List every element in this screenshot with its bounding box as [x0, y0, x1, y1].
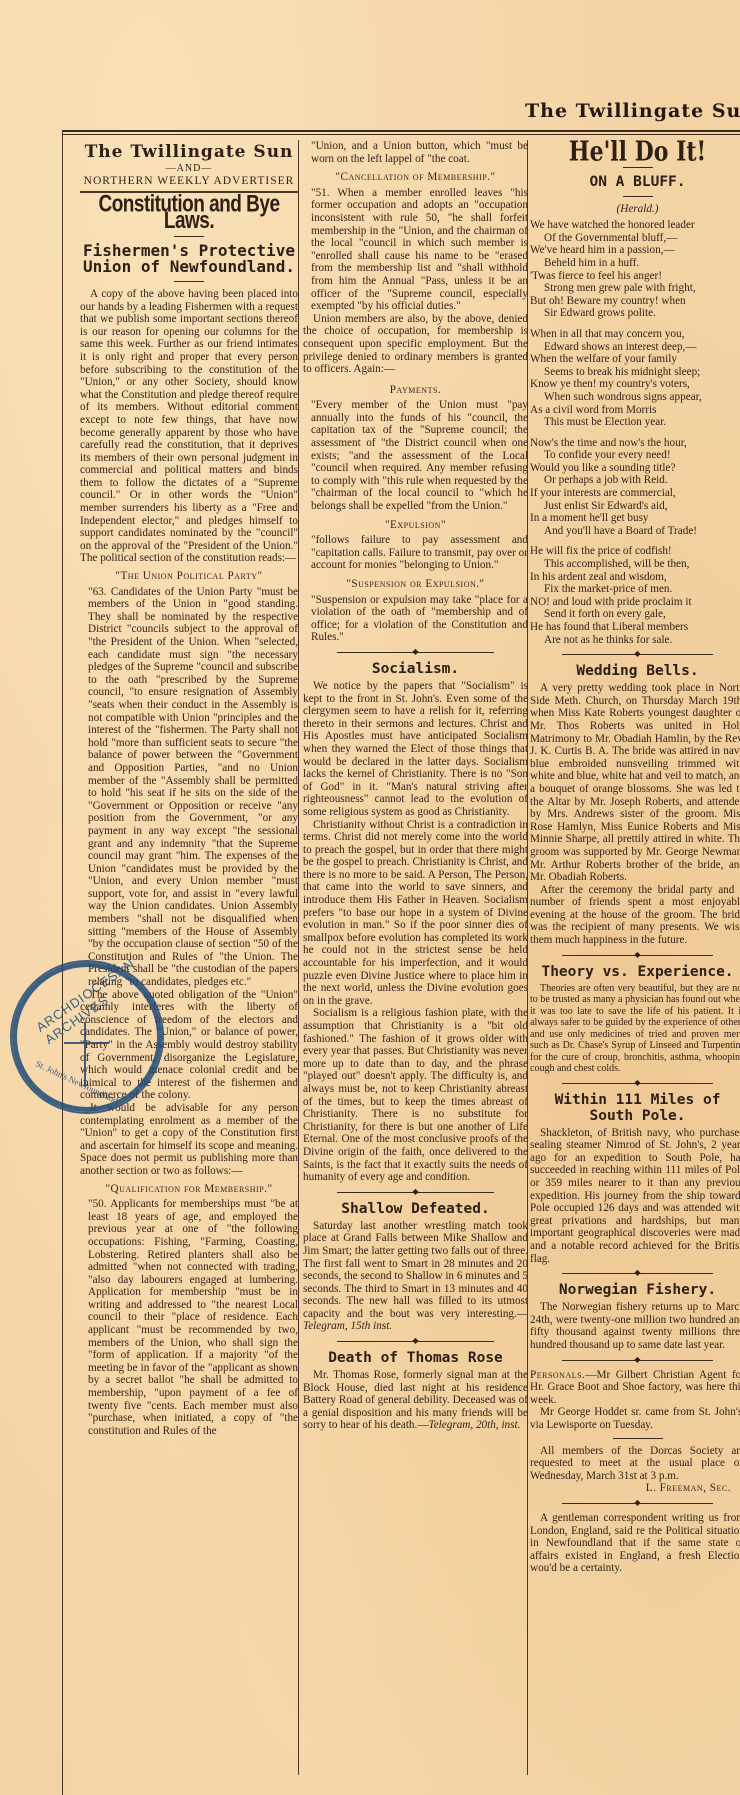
personals-label: Personals. — [530, 1369, 585, 1381]
section-heading-expulsion: "Expulsion" — [303, 519, 528, 532]
poem-line: Or perhaps a job with Reid. — [530, 474, 740, 487]
paragraph: The Norwegian fishery returns up to Marc… — [530, 1301, 740, 1351]
poem-line: Sir Edward grows polite. — [530, 307, 740, 320]
paragraph: Union members are also, by the above, de… — [303, 313, 528, 376]
poem-line: In a moment he'll get busy — [530, 512, 740, 525]
poem-line: Are not as he thinks for sale. — [530, 634, 740, 647]
poem-stanza: We have watched the honored leaderOf the… — [530, 219, 740, 320]
quoted-payments: "Every member of the Union must "pay ann… — [303, 399, 528, 512]
poem-line: Seems to break his midnight sleep; — [530, 366, 740, 379]
personals: Personals.—Mr Gilbert Christian Agent fo… — [530, 1369, 740, 1407]
poem: We have watched the honored leaderOf the… — [530, 219, 740, 646]
poem-line: But oh! Beware my country! when — [530, 295, 740, 308]
poem-line: Strong men grew pale with fright, — [530, 282, 740, 295]
poem-line: Edward shows an interest deep,— — [530, 341, 740, 354]
poem-line: We have watched the honored leader — [530, 219, 740, 232]
continued-text: "Union, and a Union button, which "must … — [303, 140, 528, 165]
poem-stanza: He will fix the price of codfish!This ac… — [530, 545, 740, 646]
stamp-bottom-text: St. John's Newfoundland — [34, 1058, 120, 1105]
poem-line: To confide your every need! — [530, 449, 740, 462]
poem-line: In his ardent zeal and wisdom, — [530, 571, 740, 584]
poem-line: As a civil word from Morris — [530, 404, 740, 417]
section-heading-political-party: "The Union Political Party" — [80, 570, 298, 583]
advert-text: Theories are often very beautiful, but t… — [530, 983, 740, 1075]
poem-line: When in all that may concern you, — [530, 328, 740, 341]
quoted-section-63: "63. Candidates of the Union Party "must… — [80, 586, 298, 989]
paragraph: It would be advisable for any person con… — [80, 1102, 298, 1178]
paragraph: After the ceremony the bridal party and … — [530, 884, 740, 947]
poem-source: (Herald.) — [530, 203, 740, 216]
poem-line: This accomplished, will be then, — [530, 558, 740, 571]
quoted-section-51: "51. When a member enrolled leaves "his … — [303, 187, 528, 313]
poem-line: When such wondrous signs appear, — [530, 391, 740, 404]
section-heading-qualification: "Qualification for Membership." — [80, 1183, 298, 1196]
poem-line: He has found that Liberal members — [530, 621, 740, 634]
article-title-wedding-bells: Wedding Bells. — [530, 663, 740, 679]
article-title-theory-vs-experience: Theory vs. Experience. — [530, 964, 740, 980]
article-text: Saturday last another wrestling match to… — [303, 1220, 528, 1320]
poem-line: This must be Election year. — [530, 416, 740, 429]
article-subtitle: Fishermen's Protective Union of Newfound… — [80, 243, 298, 275]
article-title: Constitution and Bye Laws. — [80, 198, 298, 229]
paragraph: Mr George Hoddet sr. came from St. John'… — [530, 1406, 740, 1431]
poem-line: Send it forth on every gale, — [530, 608, 740, 621]
ornamental-divider — [562, 1503, 713, 1504]
ornamental-divider — [337, 1192, 495, 1193]
poem-line: When the welfare of your family — [530, 353, 740, 366]
poem-line: Would you like a sounding title? — [530, 462, 740, 475]
column-2: "Union, and a Union button, which "must … — [303, 140, 528, 1432]
poem-stanza: Now's the time and now's the hour,To con… — [530, 437, 740, 538]
ornamental-divider — [562, 955, 713, 956]
paper-name: The Twillingate Sun — [80, 146, 298, 159]
intro-paragraph: A copy of the above having been placed i… — [80, 288, 298, 565]
article-title-norwegian-fishery: Norwegian Fishery. — [530, 1282, 740, 1298]
poem-line: Know ye then! my country's voters, — [530, 378, 740, 391]
paper-subtitle: NORTHERN WEEKLY ADVERTISER — [80, 175, 298, 193]
masthead: The Twillingate Su — [525, 100, 740, 122]
source-credit: Telegram, 15th inst. — [303, 1320, 392, 1332]
poem-line: If your interests are commercial, — [530, 487, 740, 500]
poem-line: 'Twas fierce to feel his anger! — [530, 270, 740, 283]
ornamental-divider — [562, 1083, 713, 1084]
divider — [174, 236, 204, 237]
paragraph: A very pretty wedding took place in Nort… — [530, 682, 740, 884]
poem-line: NO! and loud with pride proclaim it — [530, 596, 740, 609]
divider — [174, 281, 204, 282]
ornamental-divider — [337, 652, 495, 653]
article-title-death-thomas-rose: Death of Thomas Rose — [303, 1350, 528, 1366]
paragraph: Socialism is a religious fashion plate, … — [303, 1007, 528, 1183]
quoted-section-50: "50. Applicants for memberships must "be… — [80, 1198, 298, 1437]
archive-stamp: ARCHDIOCESAN ARCHIVES St. John's Newfoun… — [10, 960, 164, 1114]
article-title-south-pole: Within 111 Miles of South Pole. — [530, 1092, 740, 1124]
top-rule — [62, 130, 740, 132]
article-title-hell-do-it: He'll Do It! — [530, 144, 740, 160]
article-title-shallow-defeated: Shallow Defeated. — [303, 1201, 528, 1217]
poem-line: Just enlist Sir Edward's aid, — [530, 500, 740, 513]
notice-signature: L. Freeman, Sec. — [530, 1482, 740, 1495]
section-heading-payments: Payments. — [303, 384, 528, 397]
cross-icon — [84, 1022, 86, 1087]
column-1: The Twillingate Sun —AND— NORTHERN WEEKL… — [80, 140, 298, 1437]
poem-line: Of the Governmental bluff,— — [530, 232, 740, 245]
paragraph: We notice by the papers that "Socialism"… — [303, 680, 528, 819]
poem-line: Now's the time and now's the hour, — [530, 437, 740, 450]
ornamental-divider — [562, 654, 713, 655]
paragraph: A gentleman correspondent writing us fro… — [530, 1512, 740, 1575]
source-credit: Telegram, 20th, inst. — [429, 1419, 521, 1431]
column-rule-1 — [298, 140, 299, 1775]
stamp-top-text: ARCHDIOCESAN ARCHIVES — [33, 947, 158, 1047]
poem-line: And you'll have a Board of Trade! — [530, 525, 740, 538]
poem-line: We've heard him in a passion,— — [530, 244, 740, 257]
divider — [613, 1438, 663, 1439]
column-rule-left — [62, 130, 63, 1795]
column-3: He'll Do It! ON A BLUFF. (Herald.) We ha… — [530, 140, 740, 1575]
poem-title: ON A BLUFF. — [530, 174, 740, 190]
section-heading-suspension: "Suspension or Expulsion." — [303, 578, 528, 591]
poem-stanza: When in all that may concern you,Edward … — [530, 328, 740, 429]
section-heading-cancellation: "Cancellation of Membership." — [303, 171, 528, 184]
poem-line: Fix the market-price of men. — [530, 583, 740, 596]
ornamental-divider — [562, 1360, 713, 1361]
and-line: —AND— — [80, 163, 298, 176]
paragraph: Christianity without Christ is a contrad… — [303, 819, 528, 1008]
ornamental-divider — [562, 1273, 713, 1274]
quoted-expulsion: "follows failure to pay assessment and "… — [303, 534, 528, 572]
cross-icon-bar — [64, 1042, 109, 1044]
paragraph: Saturday last another wrestling match to… — [303, 1220, 528, 1333]
paragraph: Shackleton, of British navy, who purchas… — [530, 1127, 740, 1266]
poem-line: Beheld him in a huff. — [530, 257, 740, 270]
article-title-socialism: Socialism. — [303, 661, 528, 677]
paragraph: Mr. Thomas Rose, formerly signal man at … — [303, 1369, 528, 1432]
quoted-suspension: "Suspension or expulsion may take "place… — [303, 594, 528, 644]
ornamental-divider — [337, 1341, 495, 1342]
notice-dorcas: All members of the Dorcas Society are re… — [530, 1445, 740, 1483]
divider — [623, 196, 653, 197]
poem-line: He will fix the price of codfish! — [530, 545, 740, 558]
